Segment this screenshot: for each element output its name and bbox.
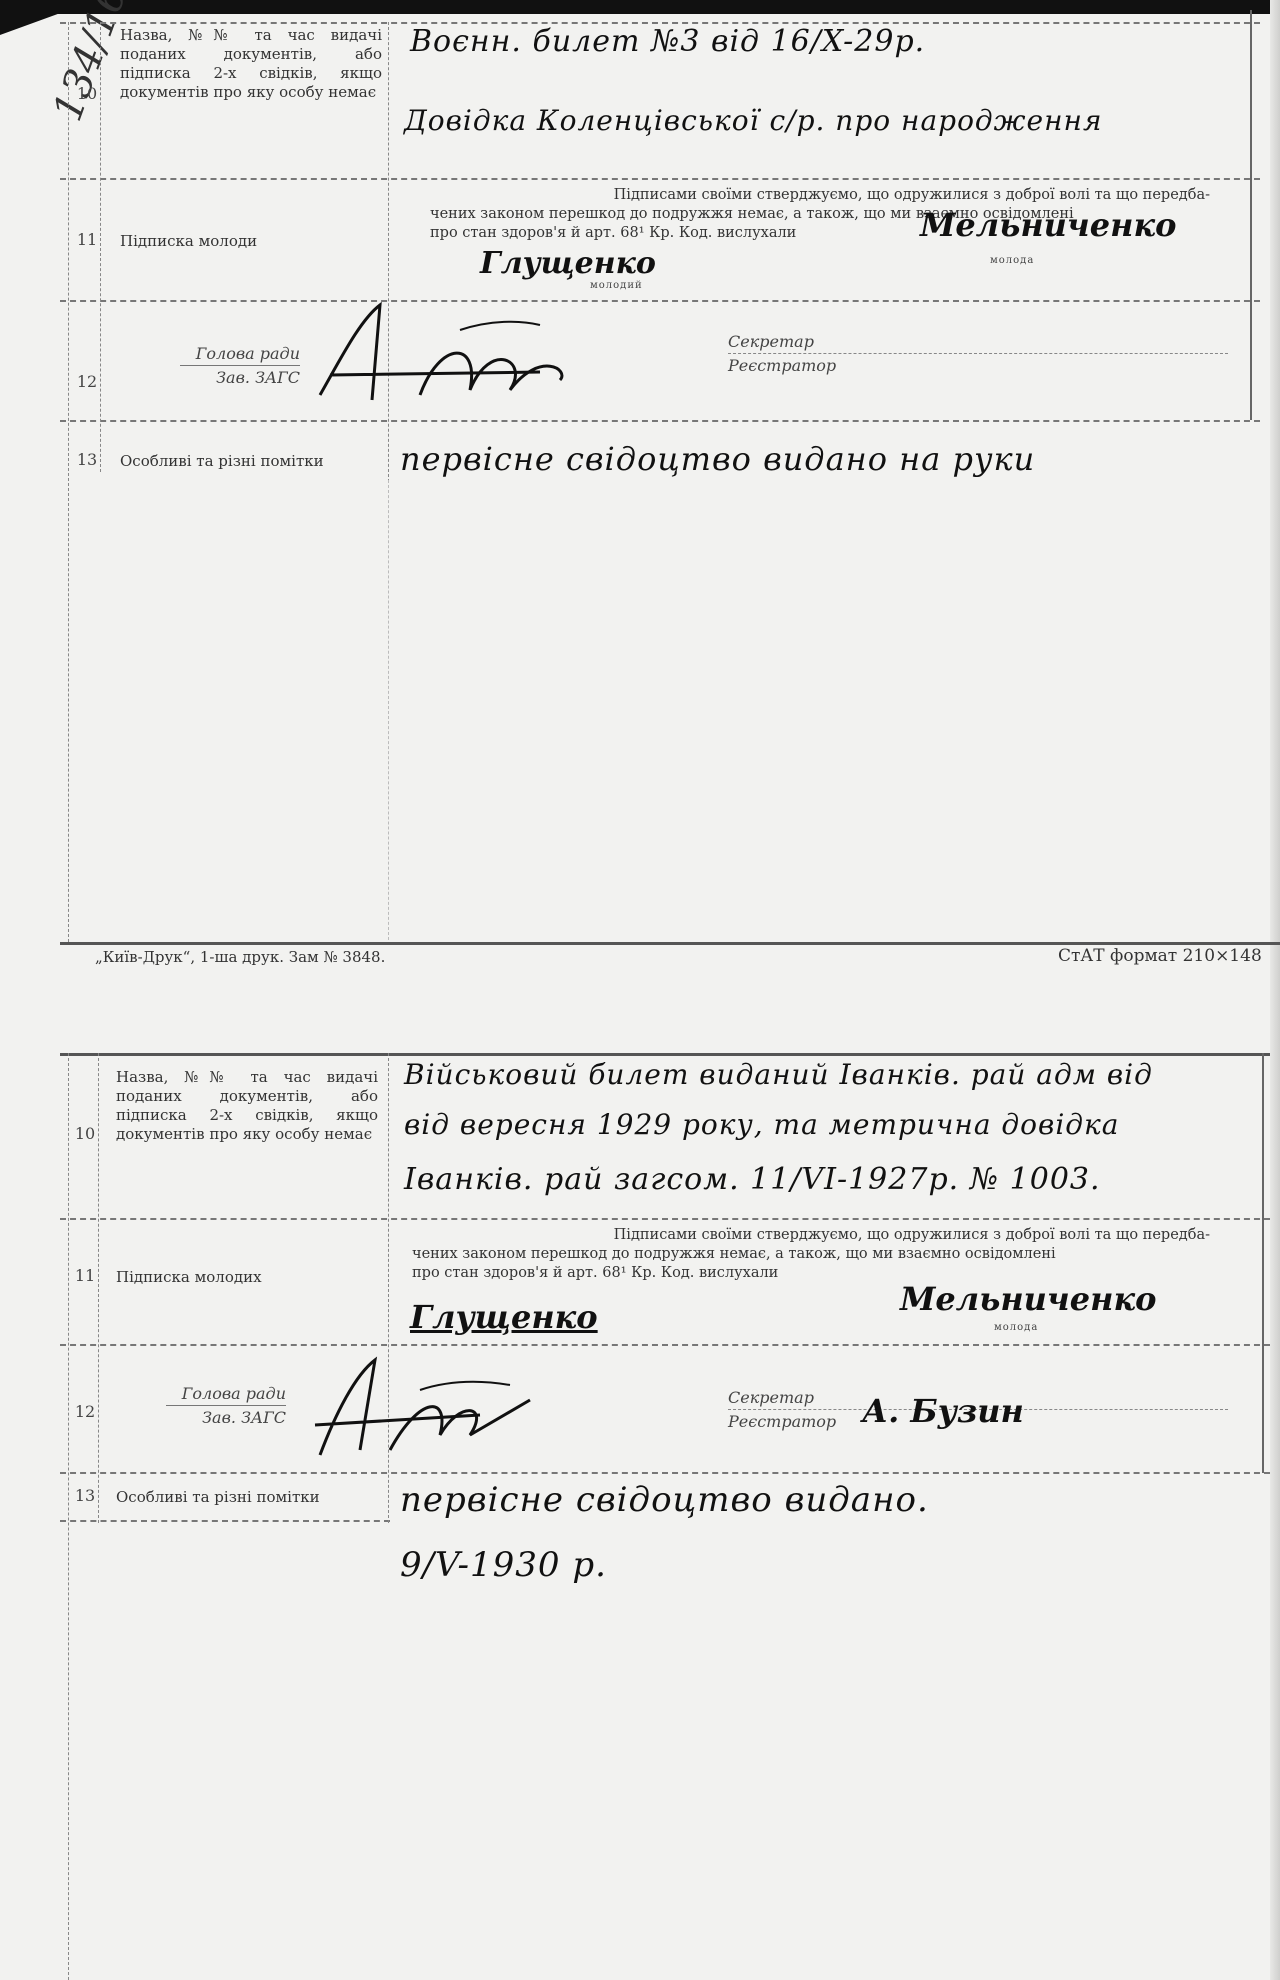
row-number: 12 [74, 372, 100, 391]
row-divider [60, 300, 1260, 302]
caption-bride: молода [994, 1322, 1038, 1333]
label-secretary: Секретар [728, 332, 1228, 351]
handwritten-notes-line-2: 9/V-1930 р. [400, 1545, 607, 1585]
outer-right-border [1262, 1053, 1264, 1473]
statement-line-1: Підписами своїми стверджуємо, що одружил… [430, 186, 1210, 205]
label-head-zags: Зав. ЗАГС [170, 368, 300, 387]
printer-imprint: „Київ-Друк“, 1-ша друк. Зам № 3848. [95, 948, 385, 966]
row-label-signature: Підписка молодих [116, 1268, 262, 1287]
row-label-notes: Особливі та різні помітки [116, 1488, 320, 1507]
secretary-labels: Секретар Реєстратор [728, 332, 1228, 375]
row-number: 10 [74, 84, 100, 103]
statement-line-3: про стан здоров'я й арт. 68¹ Кр. Код. ви… [412, 1264, 778, 1283]
caption-groom: молодий [590, 280, 643, 291]
row-number: 11 [74, 230, 100, 249]
signature-head-of-council [310, 300, 630, 410]
row-divider [60, 1344, 1270, 1346]
label-head-of-council: Голова ради [170, 344, 300, 363]
handwritten-documents-line-2: від вересня 1929 року, та метрична довід… [404, 1108, 1119, 1141]
handwritten-documents-line-3: Іванків. рай загсом. 11/VI-1927р. № 1003… [404, 1162, 1101, 1197]
label-column-border [388, 22, 389, 482]
signature-bride: Мельниченко [920, 206, 1176, 244]
signature-groom: Глущенко [480, 246, 656, 281]
row-divider [60, 1472, 1270, 1474]
row-number: 10 [72, 1124, 98, 1143]
paper-format: СтАТ формат 210×148 [1058, 946, 1262, 966]
form-bottom-border [60, 942, 1280, 945]
outer-right-border [1250, 10, 1252, 420]
number-column-border [100, 22, 101, 472]
number-column-border [98, 1053, 99, 1523]
handwritten-documents-line-1: Військовий билет виданий Іванків. рай ад… [404, 1058, 1153, 1091]
label-head-zags: Зав. ЗАГС [156, 1408, 286, 1427]
label-head-of-council: Голова ради [156, 1384, 286, 1403]
outer-left-border [68, 1053, 69, 1980]
label-registrar: Реєстратор [728, 356, 1228, 375]
statement-line-1: Підписами своїми стверджуємо, що одружил… [430, 1226, 1210, 1245]
head-labels: Голова ради Зав. ЗАГС [170, 344, 300, 387]
row-label-notes: Особливі та різні помітки [120, 452, 324, 471]
signature-line [728, 353, 1228, 354]
row-label-signature: Підписка молоди [120, 232, 257, 251]
scan-right-edge [1270, 0, 1280, 1980]
row-label-documents: Назва, №№ та час видачі поданих документ… [116, 1068, 378, 1144]
signature-head-of-council [300, 1355, 560, 1465]
head-labels: Голова ради Зав. ЗАГС [156, 1384, 286, 1427]
row-label-documents: Назва, №№ та час видачі поданих документ… [120, 26, 382, 102]
row-divider [60, 1053, 1270, 1056]
statement-line-3: про стан здоров'я й арт. 68¹ Кр. Код. ви… [430, 224, 796, 243]
signature-bride: Мельниченко [900, 1280, 1156, 1318]
row-divider [60, 420, 1260, 422]
handwritten-notes-line-1: первісне свідоцтво видано на руки [400, 440, 1035, 478]
row-number: 13 [72, 1486, 98, 1505]
signature-groom: Глущенко [410, 1298, 598, 1336]
handwritten-documents-line-2: Довідка Коленцівської с/р. про народженн… [404, 104, 1103, 137]
divider [180, 365, 300, 366]
handwritten-documents-line-1: Воєнн. билет №3 від 16/X-29р. [410, 24, 925, 59]
scan-top-edge [0, 0, 1280, 14]
row-number: 13 [74, 450, 100, 469]
handwritten-notes-line-1: первісне свідоцтво видано. [400, 1480, 929, 1520]
row-divider [60, 1520, 390, 1522]
row-number: 11 [72, 1266, 98, 1285]
row-divider [60, 1218, 1270, 1220]
row-number: 12 [72, 1402, 98, 1421]
outer-left-border [68, 22, 69, 942]
statement-line-2: чених законом перешкод до подружжя немає… [412, 1245, 1212, 1264]
divider [166, 1405, 286, 1406]
signature-registrar: А. Бузин [862, 1392, 1024, 1430]
faint-column-line [388, 480, 389, 940]
caption-bride: молода [990, 255, 1034, 266]
row-divider [60, 178, 1260, 180]
